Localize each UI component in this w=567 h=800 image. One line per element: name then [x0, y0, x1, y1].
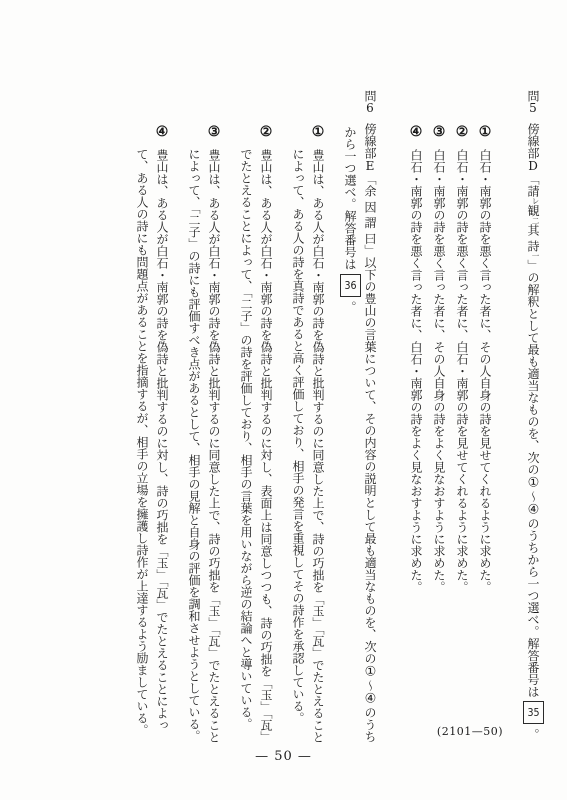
- question-6-stem: 問6傍線部E「余 因 謂 曰」以下の豊山の言葉について、その内容の説明として最も…: [340, 90, 380, 750]
- choice-q5-3: ③白石・南郭の詩を悪く言った者に、その人自身の詩をよく見なおすように求めた。: [429, 90, 449, 750]
- tilde: 〜: [363, 679, 377, 691]
- question-6-label-kanji: 問: [363, 90, 377, 102]
- underline-letter: D: [526, 159, 540, 173]
- footer-print-code: (2101—50): [437, 725, 503, 738]
- kaeriten-re: レ: [531, 197, 540, 205]
- choice-marker-1: ①: [310, 124, 326, 140]
- choice-q6-3: ③豊山は、ある人が白石・南郭の詩を偽詩と批判するのに同意した上で、詩の巧拙を「玉…: [184, 90, 224, 750]
- kaeriten-ni: 二: [531, 217, 540, 225]
- stem-text: 「請: [526, 173, 540, 197]
- question-5-label: 問5: [526, 90, 540, 123]
- question-6-label: 問6: [363, 90, 377, 123]
- stem-text: 傍線部: [363, 123, 377, 159]
- choice-text: 白石・南郭の詩を悪く言った者に、白石・南郭の詩を見せてくれるように求めた。: [455, 149, 469, 593]
- stem-text: 「余 因 謂 曰」以下の豊山の言葉について、その内容の説明として最も適当なものを…: [363, 173, 377, 664]
- tilde: 〜: [526, 490, 540, 502]
- question-6: 問6傍線部E「余 因 謂 曰」以下の豊山の言葉について、その内容の説明として最も…: [132, 90, 380, 750]
- choice-text: 豊山は、ある人が白石・南郭の詩を偽詩と批判するのに対し、詩の巧拙を「玉」「瓦」で…: [135, 148, 169, 736]
- choice-text: 豊山は、ある人が白石・南郭の詩を偽詩と批判するのに対し、表面上は同意しつつも、詩…: [239, 148, 273, 743]
- vertical-text-area: 問5傍線部D「請レ観二其 詩一」の解釈として最も適当なものを、次の①〜④のうちか…: [132, 90, 543, 750]
- circled-four: ④: [363, 691, 378, 706]
- question-6-label-number: 6: [363, 102, 377, 114]
- circled-four: ④: [526, 502, 541, 517]
- kaeriten-ichi: 一: [531, 252, 540, 260]
- answer-number-box-36: 36: [340, 274, 361, 297]
- question-5-stem: 問5傍線部D「請レ観二其 詩一」の解釈として最も適当なものを、次の①〜④のうちか…: [523, 90, 543, 750]
- stem-text: 。: [526, 728, 540, 740]
- question-5-label-kanji: 問: [526, 90, 540, 102]
- choice-q6-2: ②豊山は、ある人が白石・南郭の詩を偽詩と批判するのに対し、表面上は同意しつつも、…: [236, 90, 276, 750]
- choice-marker-3: ③: [431, 124, 447, 140]
- choice-marker-2: ②: [258, 124, 274, 140]
- stem-text: のうちから一つ選べ。解答番号は: [526, 517, 540, 697]
- choice-q5-1: ①白石・南郭の詩を悪く言った者に、その人自身の詩を見せてくれるように求めた。: [475, 90, 495, 750]
- exam-page: 問5傍線部D「請レ観二其 詩一」の解釈として最も適当なものを、次の①〜④のうちか…: [0, 0, 567, 800]
- circled-one: ①: [526, 475, 541, 490]
- stem-text: 其 詩: [526, 224, 540, 252]
- choice-marker-4: ④: [408, 124, 424, 140]
- page-number: — 50 —: [255, 749, 312, 764]
- question-5-label-number: 5: [526, 102, 540, 114]
- underline-letter: E: [363, 159, 377, 173]
- answer-number-box-35: 35: [523, 701, 544, 724]
- choice-text: 白石・南郭の詩を悪く言った者に、白石・南郭の詩をよく見なおすように求めた。: [409, 149, 423, 593]
- stem-text: 傍線部: [526, 123, 540, 159]
- choice-text: 白石・南郭の詩を悪く言った者に、その人自身の詩をよく見なおすように求めた。: [432, 149, 446, 593]
- stem-text: 。: [343, 301, 357, 313]
- stem-text: 」の解釈として最も適当なものを、次の: [526, 259, 540, 475]
- choice-text: 豊山は、ある人が白石・南郭の詩を偽詩と批判するのに同意した上で、詩の巧拙を「玉」…: [187, 148, 221, 743]
- choice-marker-3: ③: [206, 124, 222, 140]
- question-5: 問5傍線部D「請レ観二其 詩一」の解釈として最も適当なものを、次の①〜④のうちか…: [406, 90, 543, 750]
- choice-marker-4: ④: [154, 124, 170, 140]
- question-5-choices: ①白石・南郭の詩を悪く言った者に、その人自身の詩を見せてくれるように求めた。 ②…: [406, 90, 495, 750]
- choice-q6-4: ④豊山は、ある人が白石・南郭の詩を偽詩と批判するのに対し、詩の巧拙を「玉」「瓦」…: [132, 90, 172, 750]
- choice-q6-1: ①豊山は、ある人が白石・南郭の詩を偽詩と批判するのに同意した上で、詩の巧拙を「玉…: [288, 90, 328, 750]
- choice-text: 豊山は、ある人が白石・南郭の詩を偽詩と批判するのに同意した上で、詩の巧拙を「玉」…: [291, 148, 325, 743]
- question-6-choices: ①豊山は、ある人が白石・南郭の詩を偽詩と批判するのに同意した上で、詩の巧拙を「玉…: [132, 90, 328, 750]
- choice-q5-4: ④白石・南郭の詩を悪く言った者に、白石・南郭の詩をよく見なおすように求めた。: [406, 90, 426, 750]
- choice-marker-1: ①: [477, 124, 493, 140]
- choice-text: 白石・南郭の詩を悪く言った者に、その人自身の詩を見せてくれるように求めた。: [478, 149, 492, 593]
- stem-text: 観: [526, 205, 540, 217]
- circled-one: ①: [363, 664, 378, 679]
- choice-marker-2: ②: [454, 124, 470, 140]
- choice-q5-2: ②白石・南郭の詩を悪く言った者に、白石・南郭の詩を見せてくれるように求めた。: [452, 90, 472, 750]
